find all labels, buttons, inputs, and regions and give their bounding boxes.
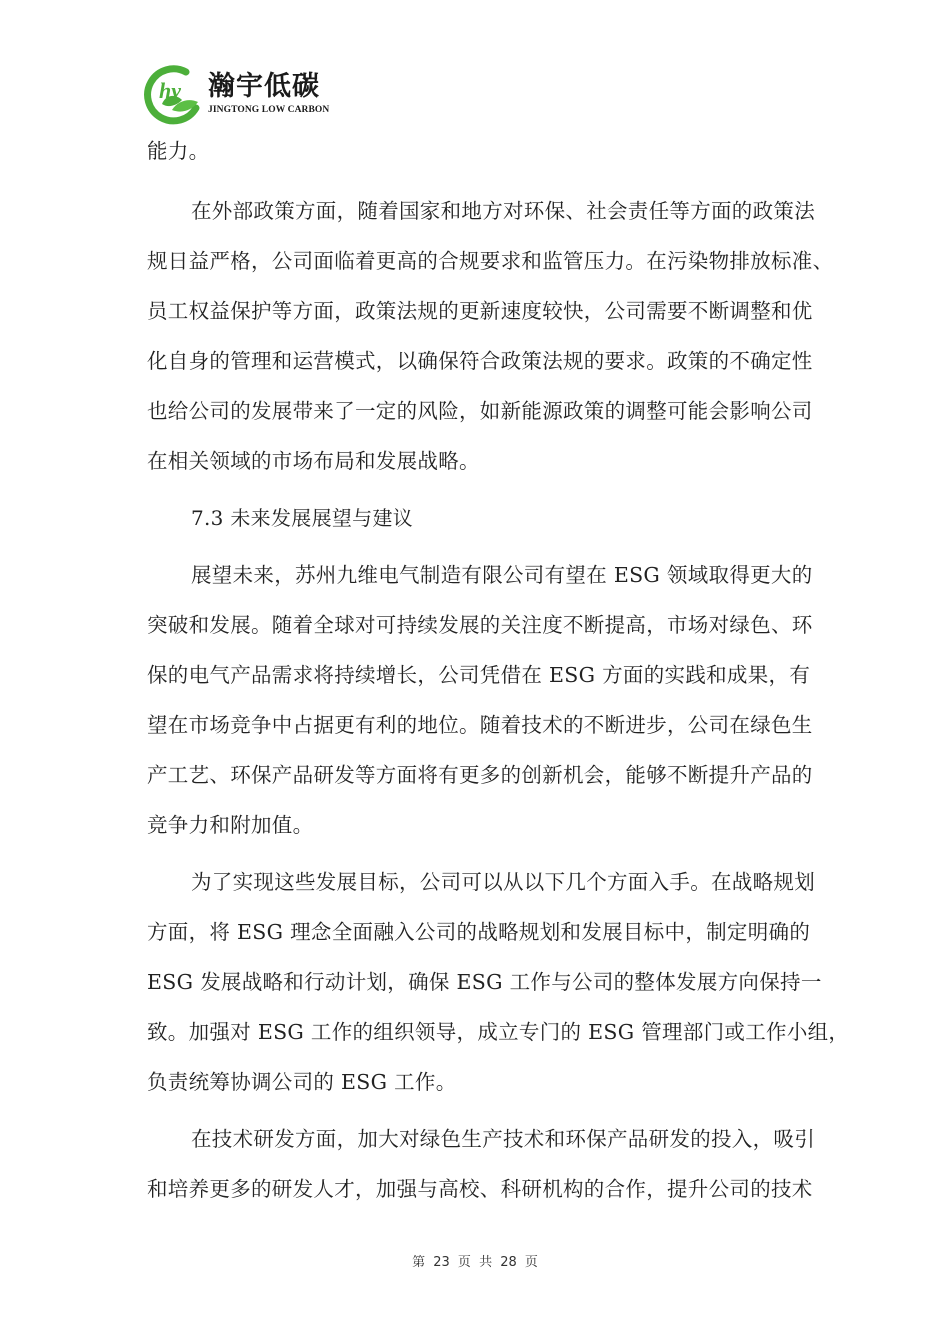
text-line: 竞争力和附加值。: [147, 810, 313, 840]
text-line: 望在市场竞争中占据更有利的地位。随着技术的不断进步，公司在绿色生: [147, 710, 813, 740]
text-line: 员工权益保护等方面，政策法规的更新速度较快，公司需要不断调整和优: [147, 296, 813, 326]
text-line: 保的电气产品需求将持续增长，公司凭借在 ESG 方面的实践和成果，有: [147, 660, 810, 690]
paragraph-start-line: 在技术研发方面，加大对绿色生产技术和环保产品研发的投入，吸引: [191, 1124, 815, 1154]
text-line: 产工艺、环保产品研发等方面将有更多的创新机会，能够不断提升产品的: [147, 760, 813, 790]
logo-chinese-name: 瀚宇低碳: [208, 72, 320, 102]
section-heading: 7.3 未来发展展望与建议: [191, 503, 413, 533]
svg-text:hy: hy: [159, 78, 181, 103]
text-line: 化自身的管理和运营模式，以确保符合政策法规的要求。政策的不确定性: [147, 346, 813, 376]
text-line: ESG 发展战略和行动计划，确保 ESG 工作与公司的整体发展方向保持一: [147, 967, 822, 997]
text-line: 在相关领域的市场布局和发展战略。: [147, 446, 480, 476]
text-line: 和培养更多的研发人才，加强与高校、科研机构的合作，提升公司的技术: [147, 1174, 813, 1204]
text-line: 也给公司的发展带来了一定的风险，如新能源政策的调整可能会影响公司: [147, 396, 813, 426]
text-line: 致。加强对 ESG 工作的组织领导，成立专门的 ESG 管理部门或工作小组，: [147, 1017, 849, 1047]
paragraph-start-line: 为了实现这些发展目标，公司可以从以下几个方面入手。在战略规划: [191, 867, 815, 897]
hy-leaf-logo-icon: hy: [142, 64, 204, 126]
text-line: 能力。: [147, 136, 209, 166]
page-number-footer: 第 23 页 共 28 页: [0, 1251, 950, 1270]
logo-english-name: JINGTONG LOW CARBON: [208, 105, 329, 115]
text-line: 方面，将 ESG 理念全面融入公司的战略规划和发展目标中，制定明确的: [147, 917, 810, 947]
text-line: 负责统筹协调公司的 ESG 工作。: [147, 1067, 457, 1097]
company-logo: hy 瀚宇低碳 JINGTONG LOW CARBON: [142, 64, 342, 126]
text-line: 规日益严格，公司面临着更高的合规要求和监管压力。在污染物排放标准、: [147, 246, 833, 276]
paragraph-start-line: 展望未来，苏州九维电气制造有限公司有望在 ESG 领域取得更大的: [191, 560, 813, 590]
paragraph-start-line: 在外部政策方面，随着国家和地方对环保、社会责任等方面的政策法: [191, 196, 815, 226]
text-line: 突破和发展。随着全球对可持续发展的关注度不断提高，市场对绿色、环: [147, 610, 813, 640]
